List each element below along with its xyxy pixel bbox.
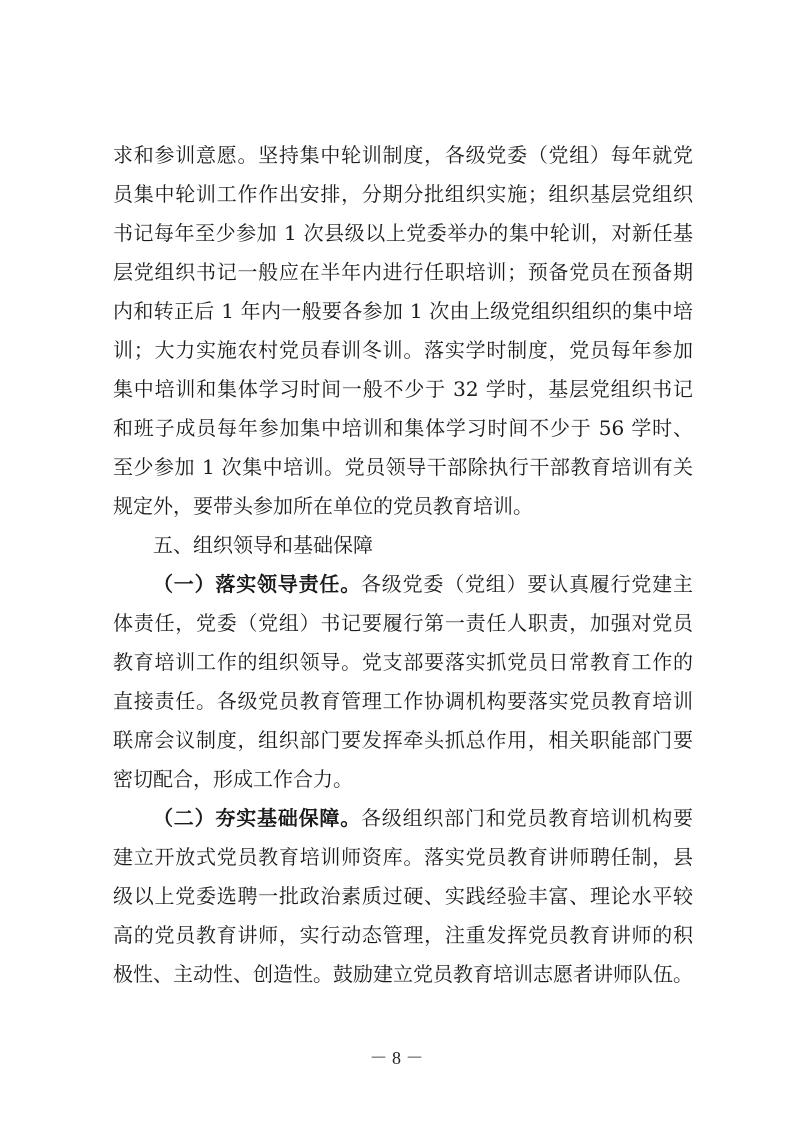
- body-text: 求和参训意愿。坚持集中轮训制度，各级党委（党组）每年就党 员集中轮训工作作出安排…: [113, 136, 693, 994]
- subsection-1-text: 各级党委（党组）要认真履行党建主: [361, 572, 693, 596]
- text-line: 层党组织书记一般应在半年内进行任职培训；预备党员在预备期: [113, 253, 693, 292]
- text-line: 和班子成员每年参加集中培训和集体学习时间不少于 56 学时、: [113, 409, 693, 448]
- text-line: 体责任，党委（党组）书记要履行第一责任人职责，加强对党员: [113, 604, 693, 643]
- text-line: 级以上党委选聘一批政治素质过硬、实践经验丰富、理论水平较: [113, 877, 693, 916]
- text-line: 极性、主动性、创造性。鼓励建立党员教育培训志愿者讲师队伍。: [113, 955, 693, 994]
- text-line: 训；大力实施农村党员春训冬训。落实学时制度，党员每年参加: [113, 331, 693, 370]
- section-heading: 五、组织领导和基础保障: [113, 526, 693, 565]
- text-line: 集中培训和集体学习时间一般不少于 32 学时，基层党组织书记: [113, 370, 693, 409]
- subsection-2-first-line: （二）夯实基础保障。各级组织部门和党员教育培训机构要: [113, 799, 693, 838]
- text-line: 直接责任。各级党员教育管理工作协调机构要落实党员教育培训: [113, 682, 693, 721]
- text-line: 密切配合，形成工作合力。: [113, 760, 693, 799]
- page-number: － 8 －: [0, 1044, 793, 1070]
- document-page: 求和参训意愿。坚持集中轮训制度，各级党委（党组）每年就党 员集中轮训工作作出安排…: [0, 0, 793, 1122]
- text-line: 至少参加 1 次集中培训。党员领导干部除执行干部教育培训有关: [113, 448, 693, 487]
- subsection-1-first-line: （一）落实领导责任。各级党委（党组）要认真履行党建主: [113, 565, 693, 604]
- subsection-2-text: 各级组织部门和党员教育培训机构要: [361, 806, 693, 830]
- subsection-1-title: （一）落实领导责任。: [153, 572, 361, 596]
- text-line: 规定外，要带头参加所在单位的党员教育培训。: [113, 487, 693, 526]
- text-line: 书记每年至少参加 1 次县级以上党委举办的集中轮训，对新任基: [113, 214, 693, 253]
- subsection-2-title: （二）夯实基础保障。: [153, 806, 361, 830]
- text-line: 内和转正后 1 年内一般要各参加 1 次由上级党组织组织的集中培: [113, 292, 693, 331]
- text-line: 高的党员教育讲师，实行动态管理，注重发挥党员教育讲师的积: [113, 916, 693, 955]
- text-line: 建立开放式党员教育培训师资库。落实党员教育讲师聘任制，县: [113, 838, 693, 877]
- text-line: 员集中轮训工作作出安排，分期分批组织实施；组织基层党组织: [113, 175, 693, 214]
- text-line: 联席会议制度，组织部门要发挥牵头抓总作用，相关职能部门要: [113, 721, 693, 760]
- text-line: 教育培训工作的组织领导。党支部要落实抓党员日常教育工作的: [113, 643, 693, 682]
- text-line: 求和参训意愿。坚持集中轮训制度，各级党委（党组）每年就党: [113, 136, 693, 175]
